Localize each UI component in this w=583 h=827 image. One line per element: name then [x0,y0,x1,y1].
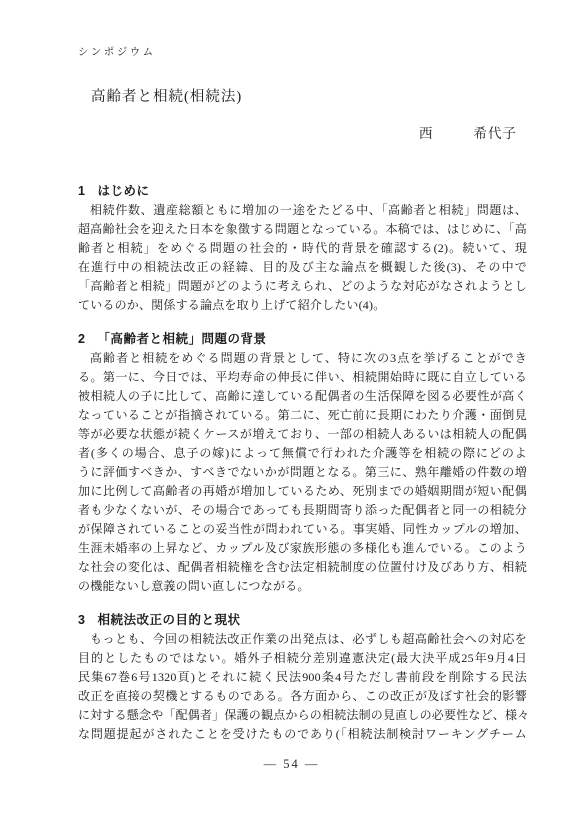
text-line: が保障されていることの妥当性が問われている。事実婚、同性カップルの増加、 [78,520,527,539]
text-line: 在進行中の相続法改正の経緯、目的及び主な論点を概観した後(3)、その中で [78,258,527,277]
text-line: うに評価すべきか、すべきでないかが問題となる。第三に、熟年離婚の件数の増 [78,463,527,482]
text-line: 加に比例して高齢者の再婚が増加しているため、死別までの婚姻期間が短い配偶 [78,482,527,501]
page-title: 高齢者と相続(相続法) [91,85,527,106]
text-line: 高齢者と相続をめぐる問題の背景として、特に次の3点を挙げることができ [78,349,527,368]
section-background: 2「高齢者と相続」問題の背景 高齢者と相続をめぐる問題の背景として、特に次の3点… [78,330,527,596]
section-2-title: 「高齢者と相続」問題の背景 [97,332,266,346]
section-reform-purpose: 3相続法改正の目的と現状 もっとも、今回の相続法改正作業の出発点は、必ずしも超高… [78,611,527,744]
section-2-paragraph: 高齢者と相続をめぐる問題の背景として、特に次の3点を挙げることができ る。第一に… [78,349,527,596]
text-line: に対する懸念や「配偶者」保護の観点からの相続法制の見直しの必要性など、様々 [78,706,527,725]
section-3-heading: 3相続法改正の目的と現状 [78,611,527,630]
section-1-paragraph: 相続件数、遺産総額ともに増加の一途をたどる中、「高齢者と相続」問題は、 超高齢社… [78,201,527,315]
section-1-heading: 1はじめに [78,182,527,201]
text-line: 目的としたものではない。婚外子相続分差別違憲決定(最大決平成25年9月4日 [78,649,527,668]
text-line: 被相続人の子に比して、高齢に達している配偶者の生活保障を図る必要性が高く [78,387,527,406]
author-given-name: 希代子 [474,126,518,141]
section-3-paragraph: もっとも、今回の相続法改正作業の出発点は、必ずしも超高齢社会への対応を 目的とし… [78,630,527,744]
section-3-number: 3 [78,613,85,627]
text-line: 民集67巻6号1320頁)とそれに続く民法900条4号ただし書前段を削除する民法 [78,668,527,687]
text-line: ているのか、関係する論点を取り上げて紹介したい(4)。 [78,296,527,315]
text-line: 改正を直接の契機とするものである。各方面から、この改正が及ぼす社会的影響 [78,687,527,706]
text-line: 生涯未婚率の上昇など、カップル及び家族形態の多様化も進んでいる。このよう [78,539,527,558]
page-number: — 54 — [0,757,583,772]
text-line: 「高齢者と相続」問題がどのように考えられ、どのような対応がなされようとし [78,277,527,296]
text-line: なっていることが指摘されている。第二に、死亡前に長期にわたり介護・面倒見 [78,406,527,425]
document-page: シンポジウム 高齢者と相続(相続法) 西希代子 1はじめに 相続件数、遺産総額と… [0,0,583,827]
section-1-title: はじめに [97,184,149,198]
text-line: な社会の変化は、配偶者相続権を含む法定相続制度の位置付け及びあり方、相続 [78,558,527,577]
text-line: 齢者と相続」をめぐる問題の社会的・時代的背景を確認する(2)。続いて、現 [78,239,527,258]
text-line: 者も少なくないが、その場合であっても長期間寄り添った配偶者と同一の相続分 [78,501,527,520]
author-name: 西希代子 [78,122,527,142]
text-line: の機能ないし意義の問い直しにつながる。 [78,577,527,596]
series-label: シンポジウム [78,44,527,59]
text-line: 者(多くの場合、息子の嫁)によって無償で行われた介護等を相続の際にどのよ [78,444,527,463]
section-introduction: 1はじめに 相続件数、遺産総額ともに増加の一途をたどる中、「高齢者と相続」問題は… [78,182,527,315]
text-line: る。第一に、今日では、平均寿命の伸長に伴い、相続開始時に既に自立している [78,368,527,387]
section-2-number: 2 [78,332,85,346]
section-3-title: 相続法改正の目的と現状 [97,613,240,627]
text-line: もっとも、今回の相続法改正作業の出発点は、必ずしも超高齢社会への対応を [78,630,527,649]
text-line: 等が必要な状態が続くケースが増えており、一部の相続人あるいは相続人の配偶 [78,425,527,444]
section-2-heading: 2「高齢者と相続」問題の背景 [78,330,527,349]
text-line: 相続件数、遺産総額ともに増加の一途をたどる中、「高齢者と相続」問題は、 [78,201,527,220]
author-surname: 西 [419,126,434,141]
section-1-number: 1 [78,184,85,198]
text-line: な問題提起がされたことを受けたものであり(「相続法制検討ワーキングチーム [78,725,527,744]
text-line: 超高齢社会を迎えた日本を象徴する問題となっている。本稿では、はじめに、「高 [78,220,527,239]
